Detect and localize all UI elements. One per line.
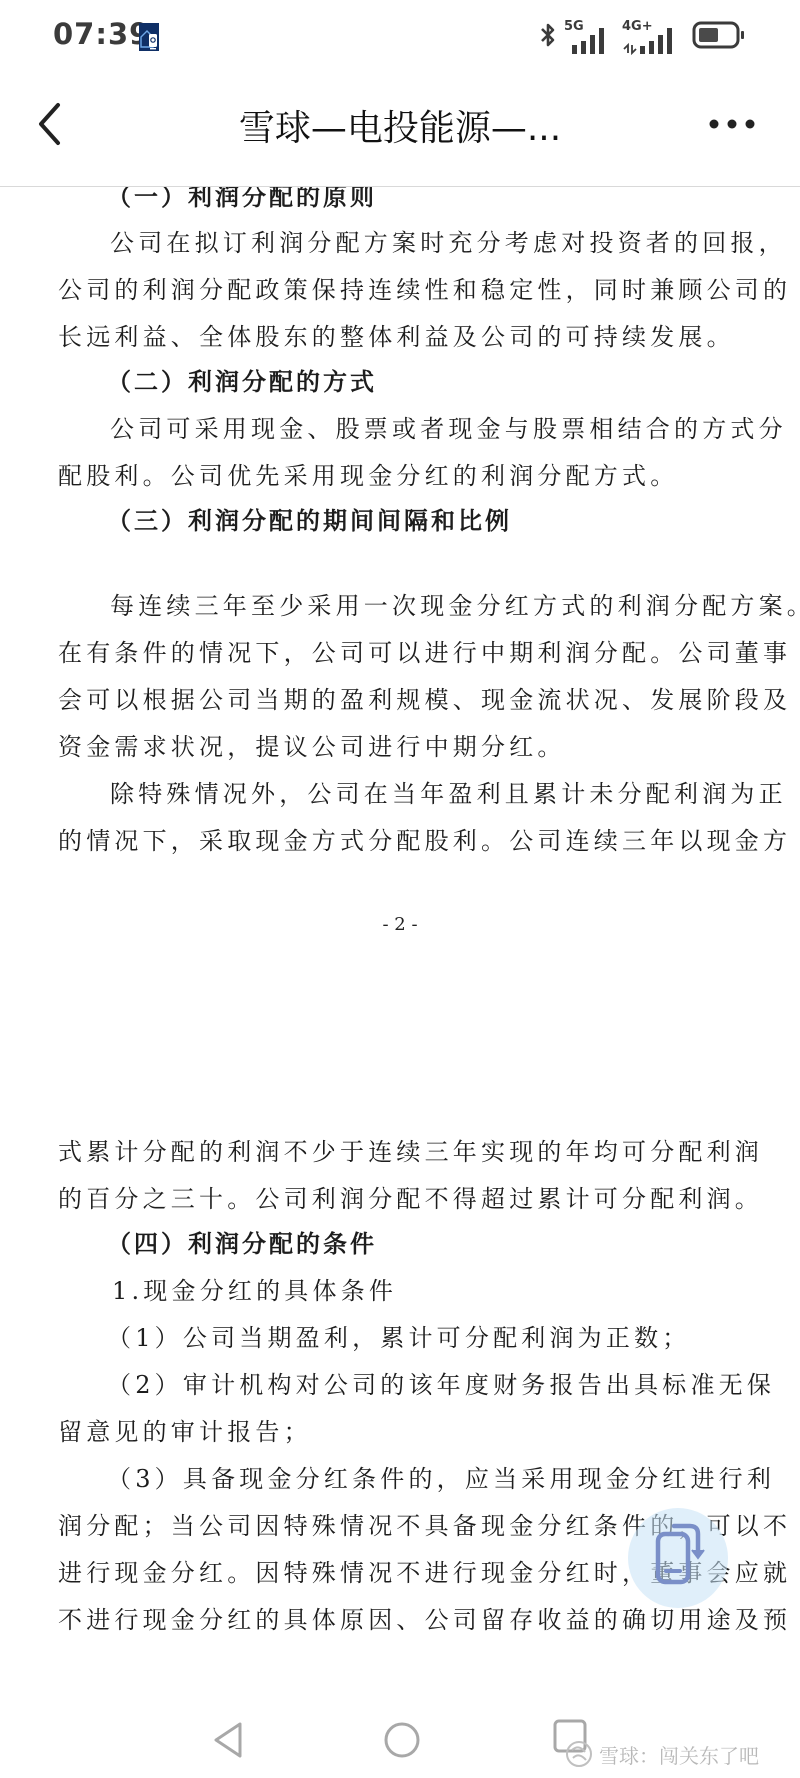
section-heading: （四）利润分配的条件 xyxy=(107,1224,377,1259)
battery-icon xyxy=(692,20,748,54)
status-bar: 07:39 5G 4G+ xyxy=(0,0,800,76)
paragraph-line: 公司在拟订利润分配方案时充分考虑对投资者的回报， xyxy=(110,223,787,258)
page-number: - 2 - xyxy=(0,914,800,935)
section-heading: （一）利润分配的原则 xyxy=(107,187,377,212)
more-button[interactable] xyxy=(702,104,762,144)
smart-home-icon xyxy=(139,23,159,51)
circle-home-icon xyxy=(382,1720,422,1760)
paragraph-line: 公司的利润分配政策保持连续性和稳定性，同时兼顾公司的 xyxy=(58,270,791,305)
section-heading: （三）利润分配的期间间隔和比例 xyxy=(107,501,512,536)
status-icons: 5G 4G+ xyxy=(538,18,748,56)
status-time: 07:39 xyxy=(53,17,150,51)
paragraph-line: 除特殊情况外，公司在当年盈利且累计未分配利润为正 xyxy=(110,774,787,809)
5g-signal-icon: 5G xyxy=(564,19,616,55)
document-viewer[interactable]: （一）利润分配的原则 公司在拟订利润分配方案时充分考虑对投资者的回报， 公司的利… xyxy=(0,187,800,1708)
triangle-back-icon xyxy=(210,1720,246,1760)
paragraph-line: 长远利益、全体股东的整体利益及公司的可持续发展。 xyxy=(58,317,735,352)
paragraph-line: 1.现金分红的具体条件 xyxy=(112,1271,397,1306)
paragraph-line: 的情况下，采取现金方式分配股利。公司连续三年以现金方 xyxy=(58,821,791,856)
paragraph-line: 会可以根据公司当期的盈利规模、现金流状况、发展阶段及 xyxy=(58,680,791,715)
paragraph-line: 在有条件的情况下，公司可以进行中期利润分配。公司董事 xyxy=(58,633,791,668)
watermark-text: 雪球：闯关东了吧 xyxy=(599,1740,759,1769)
section-heading: （二）利润分配的方式 xyxy=(107,362,377,397)
4g-plus-signal-icon: 4G+ xyxy=(622,19,686,55)
bluetooth-icon xyxy=(538,20,558,54)
paragraph-line: （2）审计机构对公司的该年度财务报告出具标准无保 xyxy=(107,1365,775,1400)
system-home-button[interactable] xyxy=(382,1720,422,1764)
nav-header: 雪球—电投能源—... xyxy=(0,76,800,187)
system-back-button[interactable] xyxy=(210,1720,246,1764)
back-button[interactable] xyxy=(28,99,74,149)
xueqiu-logo-icon xyxy=(565,1740,593,1768)
paragraph-line: 配股利。公司优先采用现金分红的利润分配方式。 xyxy=(58,456,678,491)
paragraph-line: 每连续三年至少采用一次现金分红方式的利润分配方案。 xyxy=(110,586,800,621)
paragraph-line: 的百分之三十。公司利润分配不得超过累计可分配利润。 xyxy=(58,1179,763,1214)
page-title: 雪球—电投能源—... xyxy=(150,100,650,151)
paragraph-line: （3）具备现金分红条件的，应当采用现金分红进行利 xyxy=(107,1459,775,1494)
rotate-screen-button[interactable] xyxy=(628,1508,728,1608)
paragraph-line: 留意见的审计报告； xyxy=(58,1412,312,1447)
paragraph-line: （1）公司当期盈利，累计可分配利润为正数； xyxy=(107,1318,690,1353)
watermark: 雪球：闯关东了吧 xyxy=(565,1738,759,1770)
rotate-screen-icon xyxy=(628,1508,728,1608)
more-dots-icon xyxy=(702,104,762,144)
paragraph-line: 式累计分配的利润不少于连续三年实现的年均可分配利润 xyxy=(58,1132,763,1167)
paragraph-line: 资金需求状况，提议公司进行中期分红。 xyxy=(58,727,566,762)
paragraph-line: 公司可采用现金、股票或者现金与股票相结合的方式分 xyxy=(110,409,787,444)
chevron-left-icon xyxy=(28,99,74,149)
